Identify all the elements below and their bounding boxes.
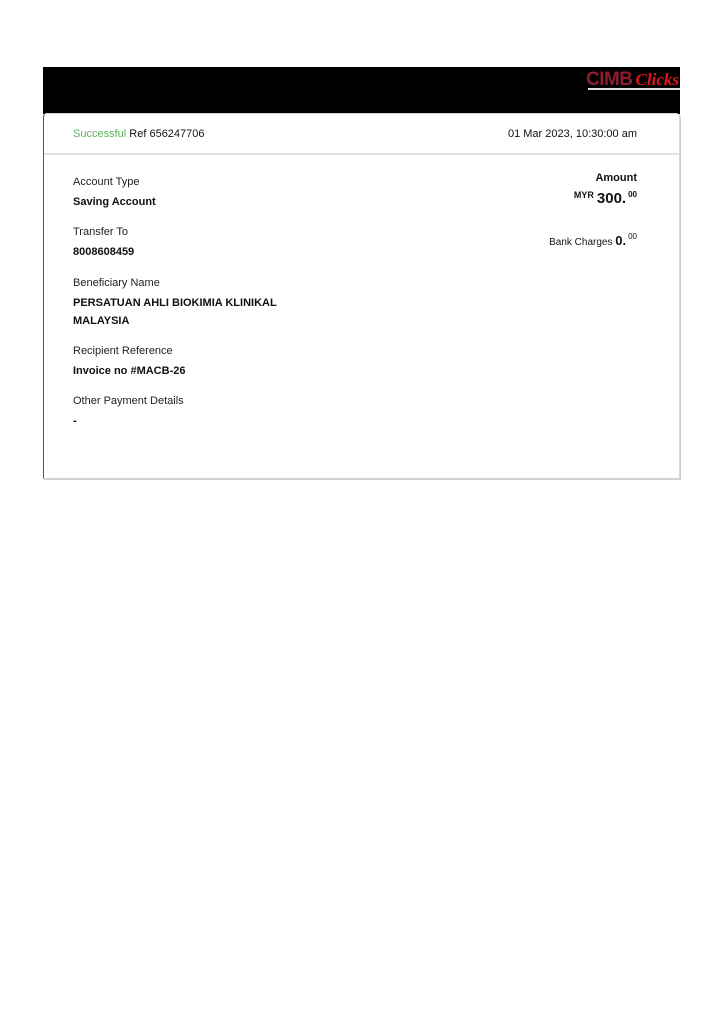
field-recipient-reference: Recipient Reference Invoice no #MACB-26 [73,344,185,380]
logo-clicks-text: Clicks [636,71,680,89]
amount-currency: MYR [574,190,594,200]
field-label: Other Payment Details [73,394,184,408]
field-transfer-to: Transfer To 8008608459 [73,225,134,261]
status-line: Successful Ref 656247706 [73,128,205,140]
amount-label: Amount [574,172,637,184]
receipt-card: Successful Ref 656247706 01 Mar 2023, 10… [43,113,680,479]
ref-label: Ref [129,128,146,140]
bank-charges-label: Bank Charges [549,237,612,248]
field-label: Recipient Reference [73,344,185,358]
field-other-payment-details: Other Payment Details - [73,394,184,430]
ref-number: 656247706 [149,128,204,140]
amount-cents: 00 [628,190,637,199]
logo-cimb-text: CIMB [586,71,633,89]
amount-block: Amount MYR300.00 [574,172,637,208]
field-label: Beneficiary Name [73,276,303,290]
field-value: 8008608459 [73,243,134,261]
field-beneficiary-name: Beneficiary Name PERSATUAN AHLI BIOKIMIA… [73,276,303,330]
cimb-clicks-logo: CIMB Clicks [586,69,680,89]
bank-charges-whole: 0. [615,233,626,248]
field-value: Invoice no #MACB-26 [73,362,185,380]
transaction-datetime: 01 Mar 2023, 10:30:00 am [508,128,637,140]
bank-charges: Bank Charges 0.00 [549,232,637,248]
receipt-header: Successful Ref 656247706 01 Mar 2023, 10… [44,114,679,155]
header-bar: CIMB Clicks [43,67,680,114]
field-label: Account Type [73,175,156,189]
logo-underline [588,88,680,90]
bank-charges-cents: 00 [628,232,637,241]
field-label: Transfer To [73,225,134,239]
field-value: PERSATUAN AHLI BIOKIMIA KLINIKAL MALAYSI… [73,294,303,330]
field-value: Saving Account [73,193,156,211]
amount-whole: 300. [597,190,626,207]
status-badge: Successful [73,128,126,140]
field-account-type: Account Type Saving Account [73,175,156,211]
amount-value: MYR300.00 [574,190,637,208]
field-value: - [73,412,184,430]
